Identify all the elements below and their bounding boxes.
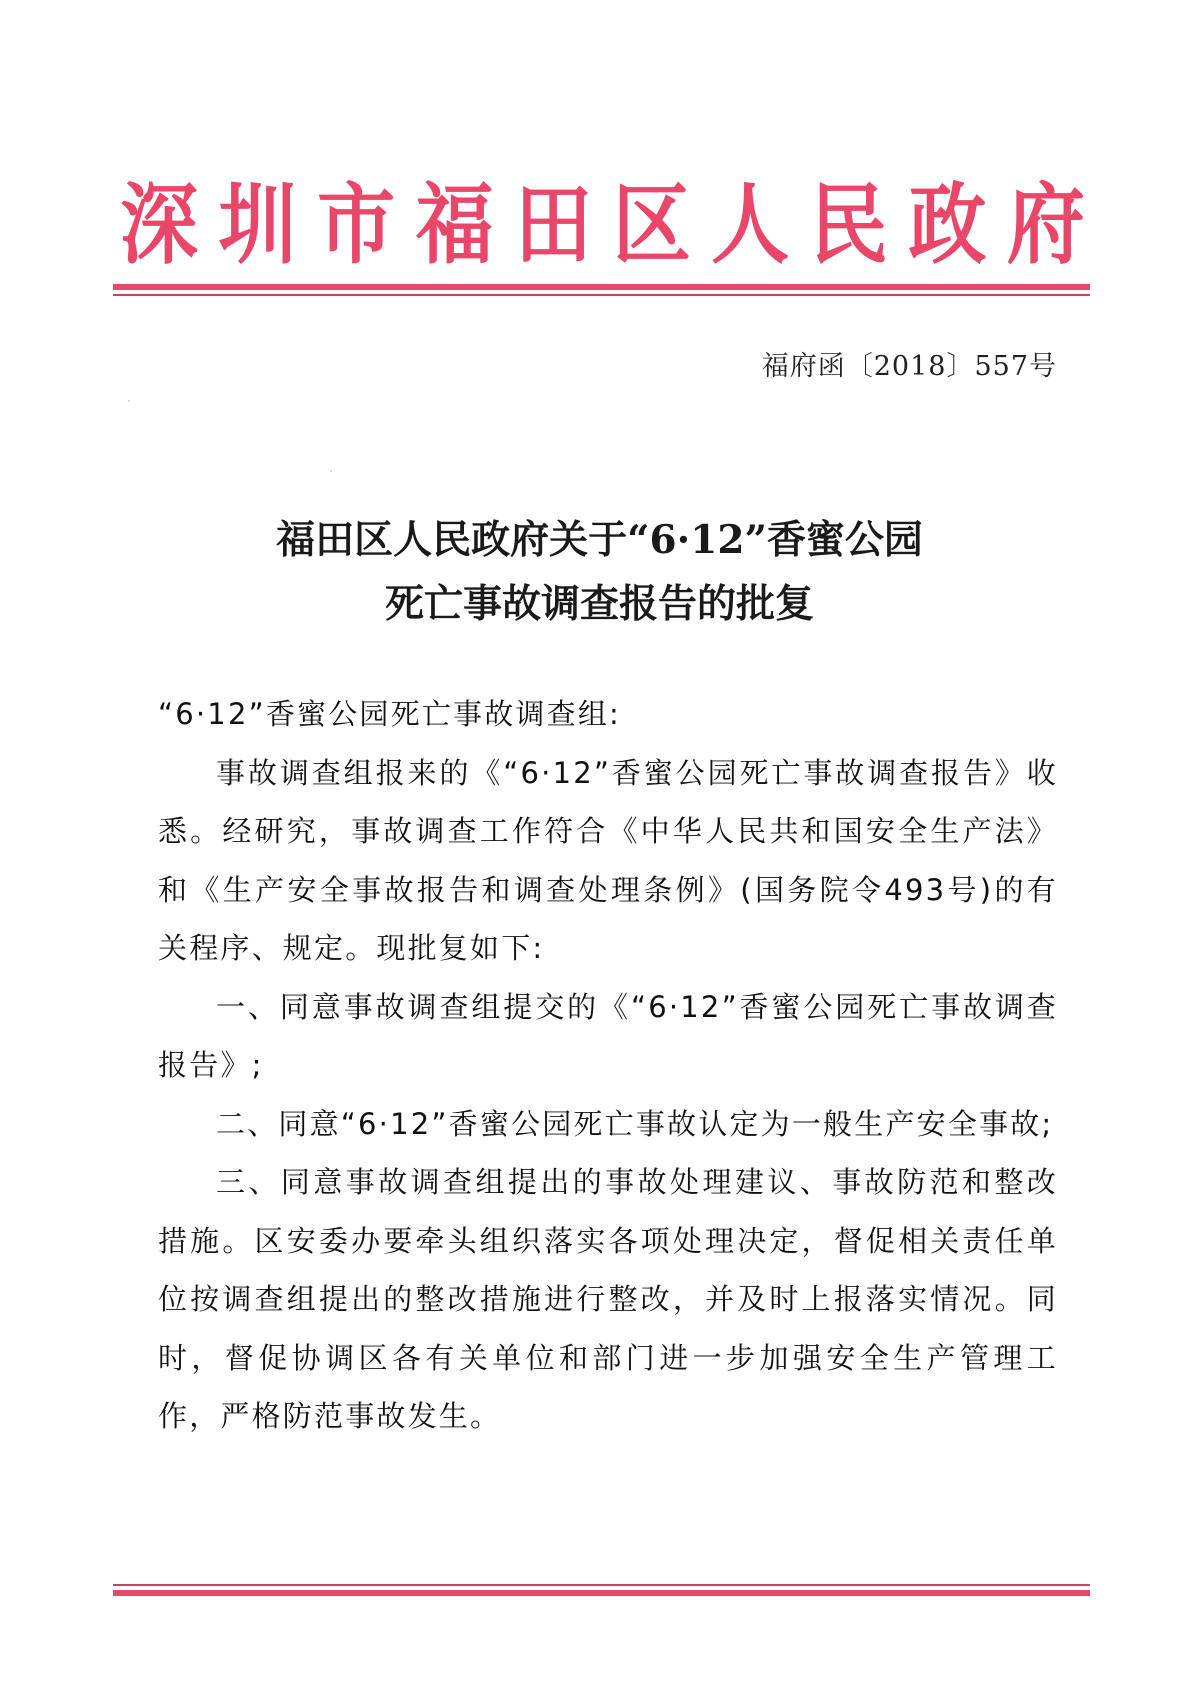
masthead-char: 圳: [219, 155, 297, 280]
masthead-char: 区: [613, 155, 691, 280]
body-paragraph: 一、同意事故调查组提交的《“6·12”香蜜公园死亡事故调查报告》;: [158, 978, 1058, 1095]
footer-rule-thin: [113, 1584, 1090, 1586]
scan-speck: [330, 470, 332, 472]
document-number: 福府函〔2018〕557号: [762, 344, 1057, 383]
masthead-char: 田: [514, 155, 592, 280]
scan-speck: [128, 400, 130, 402]
addressee: “6·12”香蜜公园死亡事故调查组:: [158, 685, 1058, 744]
masthead-char: 民: [810, 155, 888, 280]
masthead-char: 政: [908, 155, 986, 280]
body-paragraph: 二、同意“6·12”香蜜公园死亡事故认定为一般生产安全事故;: [158, 1095, 1058, 1154]
masthead-char: 深: [120, 155, 198, 280]
body-paragraph: 事故调查组报来的《“6·12”香蜜公园死亡事故调查报告》收悉。经研究，事故调查工…: [158, 744, 1058, 978]
title-line-2: 死亡事故调查报告的批复: [0, 572, 1199, 636]
masthead-char: 福: [416, 155, 494, 280]
document-title: 福田区人民政府关于“6·12”香蜜公园 死亡事故调查报告的批复: [0, 508, 1199, 636]
body-paragraph: 三、同意事故调查组提出的事故处理建议、事故防范和整改措施。区安委办要牵头组织落实…: [158, 1153, 1058, 1446]
header-rule-thick: [113, 284, 1090, 290]
header-rule-thin: [113, 294, 1090, 296]
document-body: “6·12”香蜜公园死亡事故调查组: 事故调查组报来的《“6·12”香蜜公园死亡…: [158, 685, 1058, 1446]
footer-rule-thick: [113, 1590, 1090, 1596]
masthead-char: 人: [711, 155, 789, 280]
issuer-masthead: 深 圳 市 福 田 区 人 民 政 府: [120, 168, 1085, 268]
masthead-char: 市: [317, 155, 395, 280]
masthead-char: 府: [1007, 155, 1085, 280]
document-page: 深 圳 市 福 田 区 人 民 政 府 福府函〔2018〕557号 福田区人民政…: [0, 0, 1199, 1694]
title-line-1: 福田区人民政府关于“6·12”香蜜公园: [0, 508, 1199, 572]
